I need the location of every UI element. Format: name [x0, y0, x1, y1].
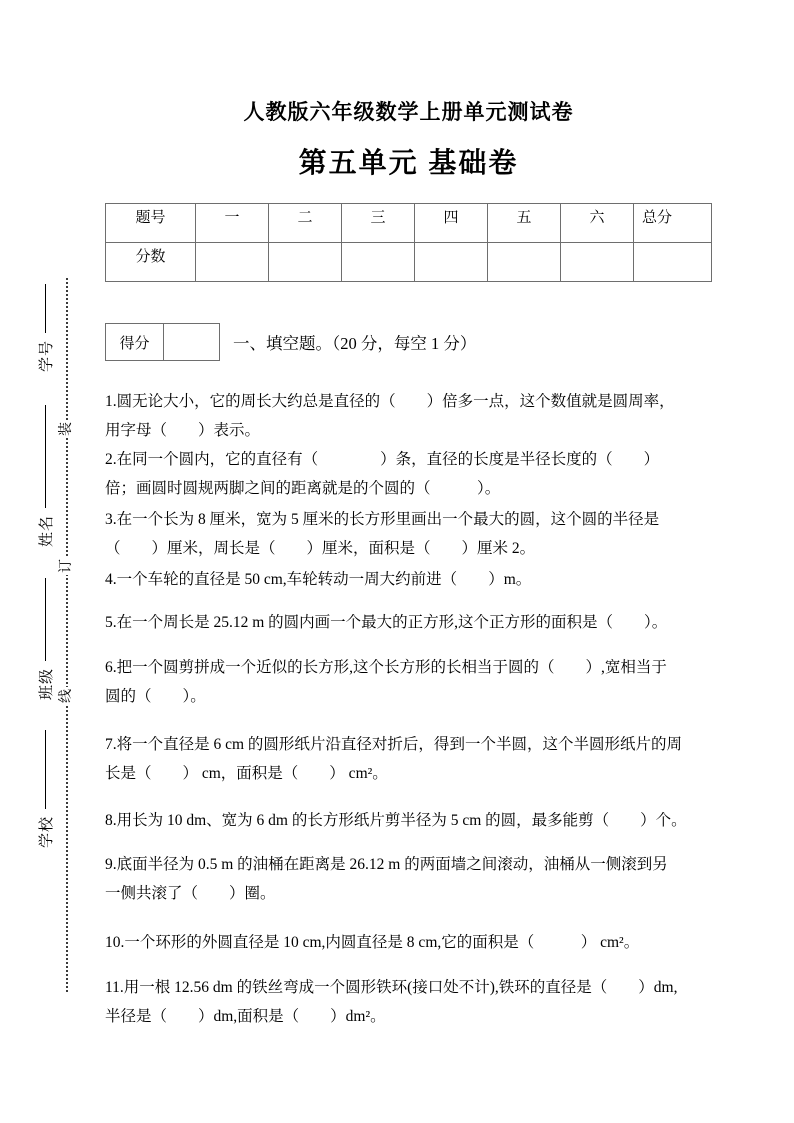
question-item: 5.在一个周长是 25.12 m 的圆内画一个最大的正方形,这个正方形的面积是（… — [105, 608, 712, 637]
score-table-cell-3: 三 — [342, 204, 415, 243]
score-table-cell-5: 五 — [488, 204, 561, 243]
score-cell-empty — [561, 243, 634, 282]
score-box: 得分 — [105, 323, 220, 361]
score-table-score-row: 分数 — [106, 243, 712, 282]
test-paper-page: 学号 姓名 班级 学校 装 订 线 人教版六年级数学上册单元测试卷 第五单元 基… — [0, 0, 794, 1123]
score-table-cell-4: 四 — [415, 204, 488, 243]
score-table-cell-2: 二 — [269, 204, 342, 243]
score-cell-empty — [342, 243, 415, 282]
score-cell-empty — [196, 243, 269, 282]
question-item: 3.在一个长为 8 厘米，宽为 5 厘米的长方形里画出一个最大的圆，这个圆的半径… — [105, 505, 712, 563]
paper-subtitle: 第五单元 基础卷 — [105, 145, 712, 181]
score-cell-empty — [415, 243, 488, 282]
score-row-label: 分数 — [106, 243, 196, 282]
score-cell-empty — [488, 243, 561, 282]
section-one-heading: 一、填空题。（20 分，每空 1 分） — [233, 330, 476, 354]
score-cell-empty — [269, 243, 342, 282]
score-cell-empty — [634, 243, 712, 282]
score-table-cell-question-no: 题号 — [106, 204, 196, 243]
question-item: 6.把一个圆剪拼成一个近似的长方形,这个长方形的长相当于圆的（ ）,宽相当于 圆… — [105, 653, 712, 711]
score-table-header-row: 题号 一 二 三 四 五 六 总分 — [106, 204, 712, 243]
paper-content: 人教版六年级数学上册单元测试卷 第五单元 基础卷 题号 一 二 三 四 五 六 … — [0, 0, 794, 1031]
score-table-cell-1: 一 — [196, 204, 269, 243]
score-box-label: 得分 — [106, 324, 164, 360]
question-item: 9.底面半径为 0.5 m 的油桶在距离是 26.12 m 的两面墙之间滚动，油… — [105, 850, 712, 908]
section-score-row: 得分 一、填空题。（20 分，每空 1 分） — [105, 323, 712, 361]
score-summary-table: 题号 一 二 三 四 五 六 总分 分数 — [105, 203, 712, 282]
paper-title: 人教版六年级数学上册单元测试卷 — [105, 98, 712, 126]
question-item: 2.在同一个圆内，它的直径有（ ）条，直径的长度是半径长度的（ ） 倍；画圆时圆… — [105, 445, 712, 503]
question-item: 8.用长为 10 dm、宽为 6 dm 的长方形纸片剪半径为 5 cm 的圆，最… — [105, 806, 712, 835]
question-item: 10.一个环形的外圆直径是 10 cm,内圆直径是 8 cm,它的面积是（ ） … — [105, 928, 712, 957]
question-item: 7.将一个直径是 6 cm 的圆形纸片沿直径对折后，得到一个半圆，这个半圆形纸片… — [105, 730, 712, 788]
score-box-value-cell — [164, 324, 219, 360]
score-table-cell-total: 总分 — [634, 204, 712, 243]
question-item: 4.一个车轮的直径是 50 cm,车轮转动一周大约前进（ ）m。 — [105, 565, 712, 594]
fill-in-blank-questions: 1.圆无论大小，它的周长大约总是直径的（ ）倍多一点，这个数值就是圆周率， 用字… — [105, 387, 712, 1031]
score-table-cell-6: 六 — [561, 204, 634, 243]
question-item: 11.用一根 12.56 dm 的铁丝弯成一个圆形铁环(接口处不计),铁环的直径… — [105, 973, 712, 1031]
question-item: 1.圆无论大小，它的周长大约总是直径的（ ）倍多一点，这个数值就是圆周率， 用字… — [105, 387, 712, 445]
